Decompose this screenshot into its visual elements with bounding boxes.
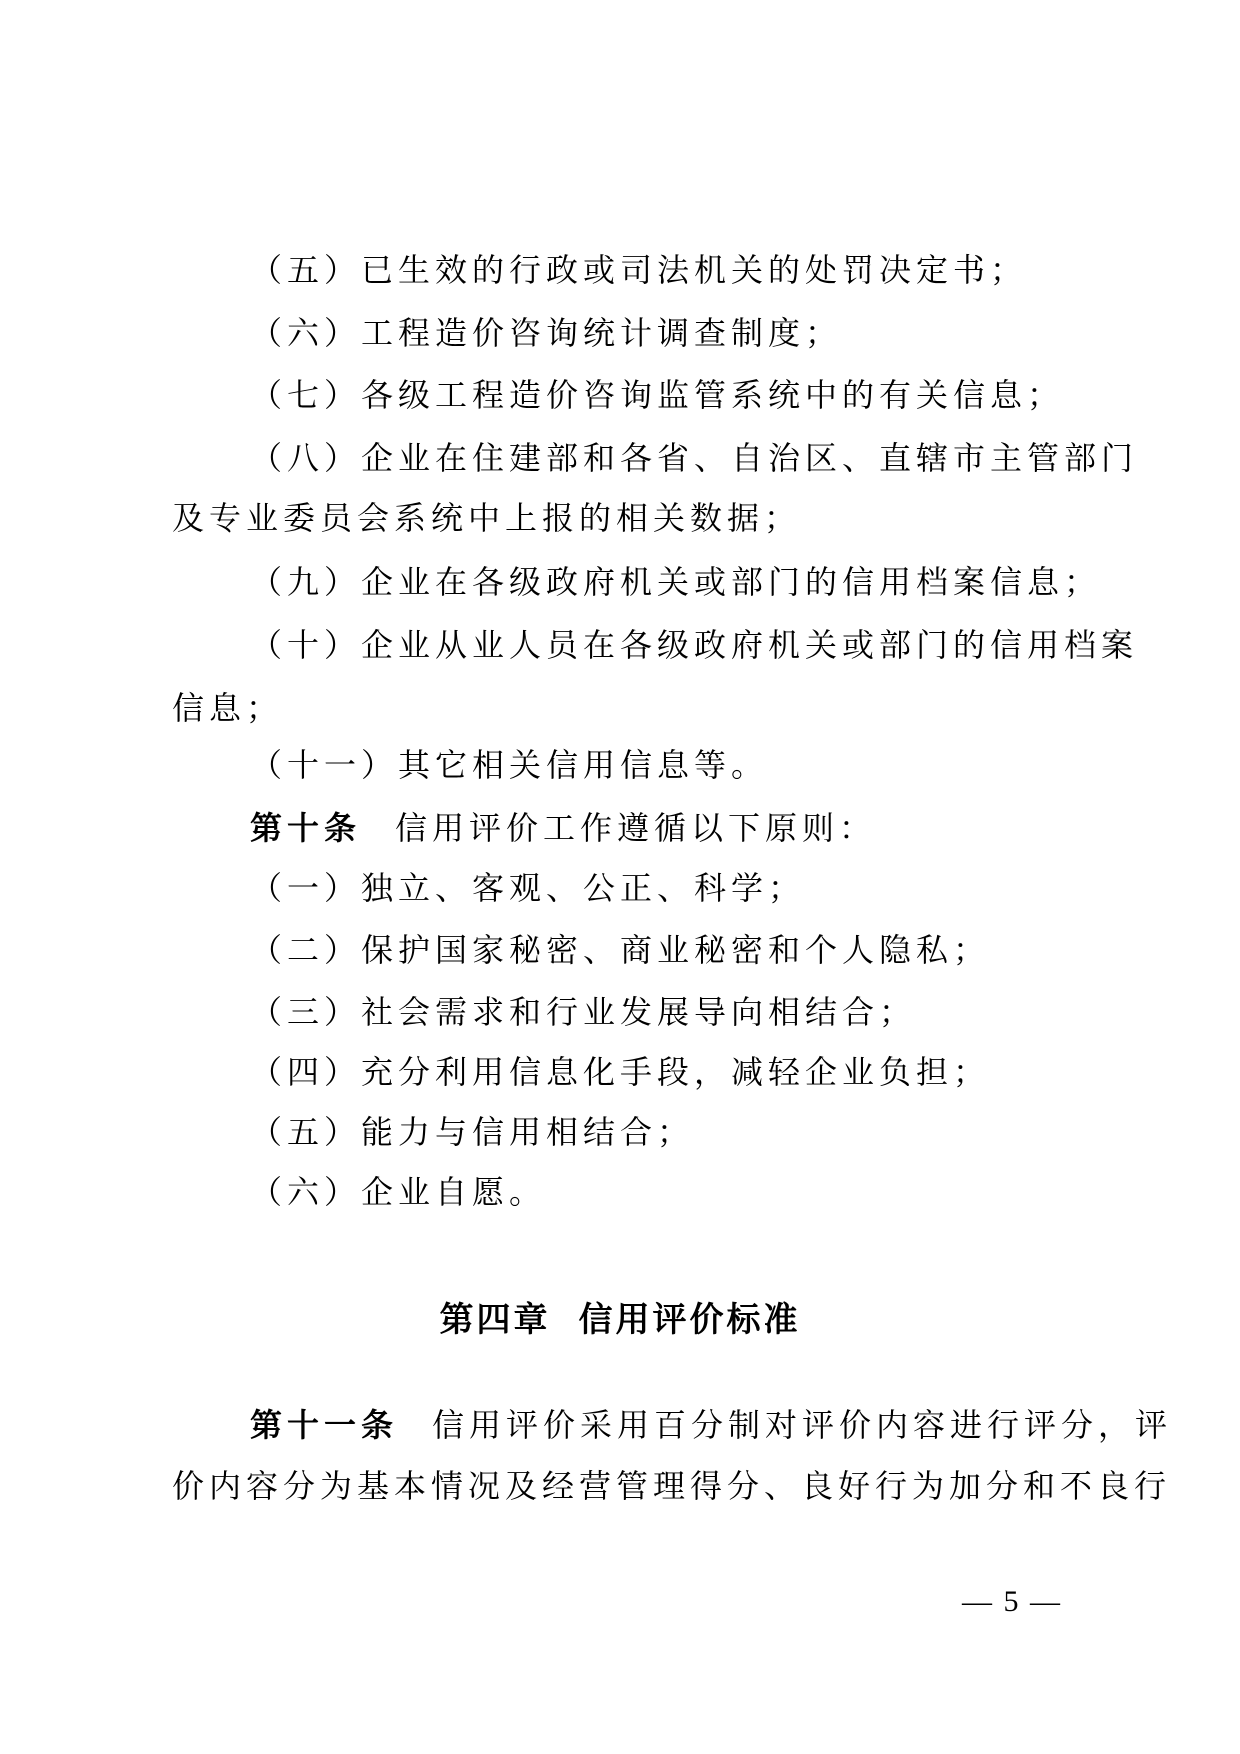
text-line: （六）企业自愿。 [250, 1161, 546, 1223]
line-text: （二）保护国家秘密、商业秘密和个人隐私； [250, 932, 990, 968]
line-text: （一）独立、客观、公正、科学； [250, 870, 805, 906]
text-line: （三）社会需求和行业发展导向相结合； [250, 981, 916, 1043]
document-page: （五）已生效的行政或司法机关的处罚决定书；（六）工程造价咨询统计调查制度；（七）… [0, 0, 1240, 1754]
line-text: 信用评价工作遵循以下原则： [395, 810, 876, 846]
text-line: 第十一条信用评价采用百分制对评价内容进行评分，评 [250, 1394, 1172, 1456]
line-text: （五）能力与信用相结合； [250, 1114, 694, 1150]
text-line: （六）工程造价咨询统计调查制度； [250, 302, 842, 364]
article-number: 第十条 [250, 810, 361, 846]
line-text: （六）工程造价咨询统计调查制度； [250, 315, 842, 351]
text-line: 第十条信用评价工作遵循以下原则： [250, 797, 876, 859]
line-text: 及专业委员会系统中上报的相关数据； [172, 500, 801, 536]
text-line: 信息； [172, 677, 283, 739]
line-text: 信息； [172, 690, 283, 726]
text-line: （四）充分利用信息化手段，减轻企业负担； [250, 1041, 990, 1103]
line-text: （六）企业自愿。 [250, 1174, 546, 1210]
text-line: （十）企业从业人员在各级政府机关或部门的信用档案 [250, 614, 1138, 676]
line-text: （十一）其它相关信用信息等。 [250, 747, 768, 783]
line-text: （七）各级工程造价咨询监管系统中的有关信息； [250, 377, 1064, 413]
line-text: （八）企业在住建部和各省、自治区、直辖市主管部门 [250, 440, 1138, 476]
line-text: （九）企业在各级政府机关或部门的信用档案信息； [250, 564, 1101, 600]
text-line: （二）保护国家秘密、商业秘密和个人隐私； [250, 919, 990, 981]
line-text: 信用评价标准 [579, 1301, 801, 1339]
line-text: 信用评价采用百分制对评价内容进行评分，评 [432, 1407, 1172, 1443]
text-line: （五）已生效的行政或司法机关的处罚决定书； [250, 239, 1027, 301]
text-line: （七）各级工程造价咨询监管系统中的有关信息； [250, 364, 1064, 426]
page-number: — 5 — [962, 1584, 1062, 1620]
line-text: （十）企业从业人员在各级政府机关或部门的信用档案 [250, 627, 1138, 663]
line-text: （三）社会需求和行业发展导向相结合； [250, 994, 916, 1030]
line-text: （四）充分利用信息化手段，减轻企业负担； [250, 1054, 990, 1090]
text-line: 及专业委员会系统中上报的相关数据； [172, 487, 801, 549]
text-line: （九）企业在各级政府机关或部门的信用档案信息； [250, 551, 1101, 613]
text-line: （五）能力与信用相结合； [250, 1101, 694, 1163]
chapter-number: 第四章 [440, 1301, 551, 1339]
line-text: 价内容分为基本情况及经营管理得分、良好行为加分和不良行 [172, 1468, 1171, 1504]
text-line: （一）独立、客观、公正、科学； [250, 857, 805, 919]
article-number: 第十一条 [250, 1407, 398, 1443]
text-line: （八）企业在住建部和各省、自治区、直辖市主管部门 [250, 427, 1138, 489]
text-line: （十一）其它相关信用信息等。 [250, 734, 768, 796]
chapter-heading: 第四章信用评价标准 [0, 1289, 1240, 1351]
text-line: 价内容分为基本情况及经营管理得分、良好行为加分和不良行 [172, 1455, 1171, 1517]
line-text: （五）已生效的行政或司法机关的处罚决定书； [250, 252, 1027, 288]
